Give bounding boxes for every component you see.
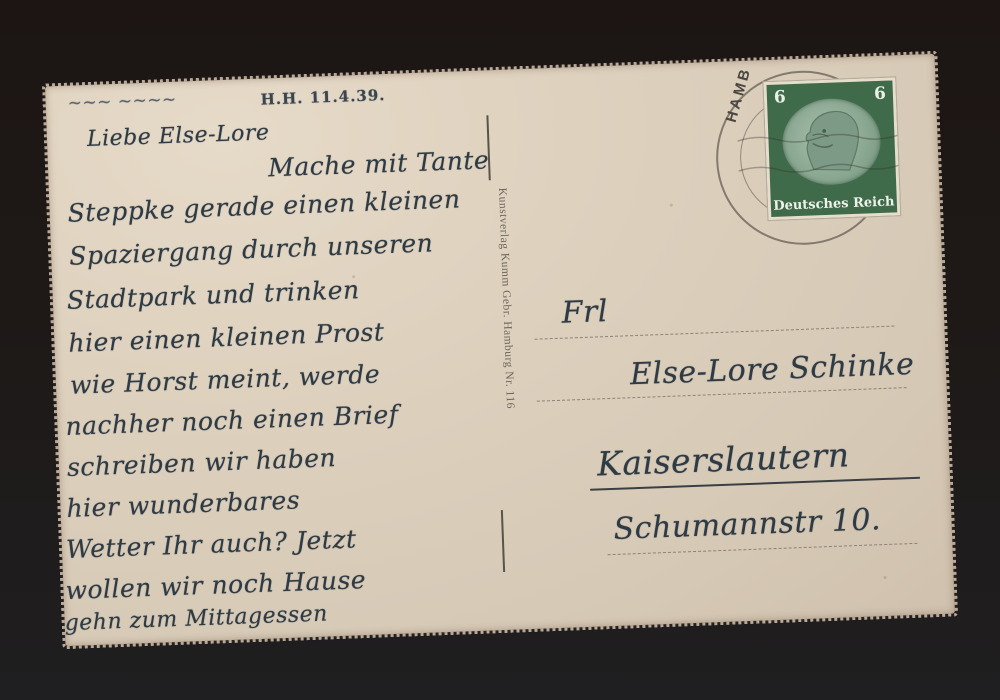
message-line: Steppke gerade einen kleinen bbox=[67, 184, 461, 227]
salutation: Liebe Else-Lore bbox=[87, 120, 270, 152]
address-line-2 bbox=[537, 387, 907, 402]
message-line: Wetter Ihr auch? Jetzt bbox=[65, 524, 357, 564]
message-line: wollen wir noch Hause bbox=[65, 565, 367, 605]
paper-speck bbox=[670, 204, 673, 207]
message-line: Stadtpark und trinken bbox=[66, 275, 360, 315]
cancellation-lines-icon bbox=[737, 115, 910, 211]
message-line: gehn zum Mittagessen bbox=[64, 601, 328, 636]
message-line: hier einen kleinen Prost bbox=[68, 317, 385, 358]
message-line: Spaziergang durch unseren bbox=[69, 228, 434, 270]
address-title: Frl bbox=[561, 294, 609, 331]
pencil-note: ~~~ ~~~~ bbox=[67, 90, 177, 114]
message-line: Mache mit Tante bbox=[268, 145, 490, 182]
message-line: hier wunderbares bbox=[66, 485, 301, 523]
date-note: H.H. 11.4.39. bbox=[260, 86, 385, 109]
postcard: ~~~ ~~~~ H.H. 11.4.39. Liebe Else-Lore M… bbox=[45, 54, 955, 646]
address-city: Kaiserslautern bbox=[597, 435, 851, 483]
paper-speck bbox=[352, 275, 355, 278]
message-line: nachher noch einen Brief bbox=[65, 400, 399, 441]
paper-speck bbox=[884, 576, 887, 579]
address-street: Schumannstr 10. bbox=[613, 502, 882, 547]
publisher-imprint: Kunstverlag Kumm Gebr. Hamburg Nr. 116 bbox=[496, 188, 516, 409]
message-line: wie Horst meint, werde bbox=[69, 359, 380, 399]
address-name: Else-Lore Schinke bbox=[629, 347, 915, 392]
divider-line-bottom bbox=[501, 510, 505, 572]
message-line: schreiben wir haben bbox=[66, 443, 336, 482]
